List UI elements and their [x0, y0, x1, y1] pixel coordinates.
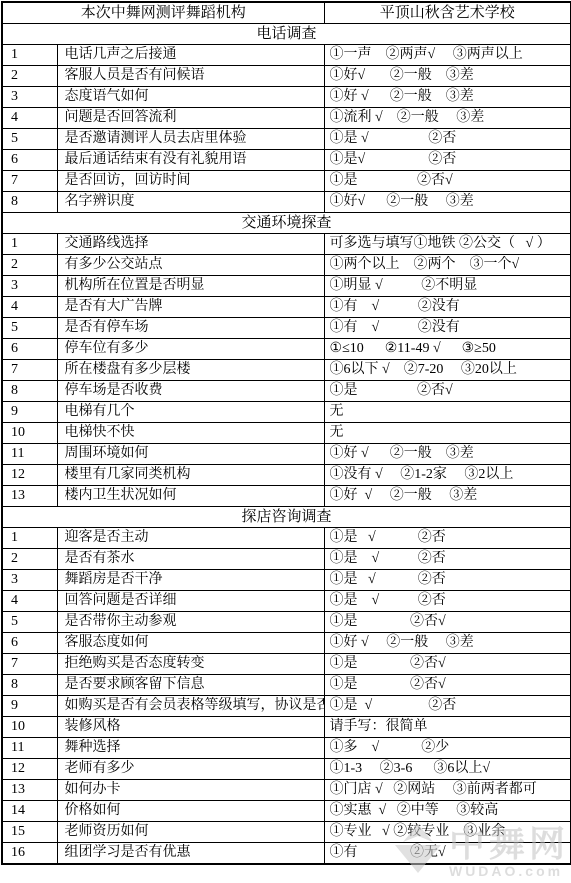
row-number: 7 — [2, 171, 57, 192]
answer-cell: ①门店 √ ②网站 ③前两者都可 — [324, 780, 571, 801]
section-title: 交通环境探查 — [2, 213, 571, 234]
row-number: 5 — [2, 318, 57, 339]
table-row: 8停车场是否收费①是 ②否√ — [2, 381, 571, 402]
question-cell: 周围环境如何 — [57, 444, 324, 465]
answer-cell: ①明显 √ ②不明显 — [324, 276, 571, 297]
row-number: 9 — [2, 402, 57, 423]
answer-cell: ①是 ②否√ — [324, 675, 571, 696]
question-cell: 最后通话结束有没有礼貌用语 — [57, 150, 324, 171]
question-cell: 停车场是否收费 — [57, 381, 324, 402]
question-cell: 名字辨识度 — [57, 192, 324, 213]
question-cell: 有多少公交站点 — [57, 255, 324, 276]
answer-cell: ①没有 √ ②1-2家 ③2以上 — [324, 465, 571, 486]
row-number: 1 — [2, 528, 57, 549]
table-title-left: 本次中舞网测评舞蹈机构 — [2, 2, 324, 24]
answer-cell: ①6以下 √ ②7-20 ③20以上 — [324, 360, 571, 381]
question-cell: 装修风格 — [57, 717, 324, 738]
row-number: 7 — [2, 360, 57, 381]
table-row: 2有多少公交站点①两个以上 ②两个 ③一个√ — [2, 255, 571, 276]
answer-cell: ①是 √ ②否 — [324, 549, 571, 570]
row-number: 12 — [2, 465, 57, 486]
answer-cell: ①是 √ ②否 — [324, 591, 571, 612]
answer-cell: ①专业 √ ②较专业 ③业余 — [324, 822, 571, 843]
row-number: 2 — [2, 549, 57, 570]
question-cell: 是否有停车场 — [57, 318, 324, 339]
table-row: 8是否要求顾客留下信息①是 ②否√ — [2, 675, 571, 696]
table-row: 11舞种选择①多 √ ②少 — [2, 738, 571, 759]
row-number: 6 — [2, 150, 57, 171]
row-number: 8 — [2, 381, 57, 402]
question-cell: 电话几声之后接通 — [57, 45, 324, 66]
question-cell: 组团学习是否有优惠 — [57, 843, 324, 865]
question-cell: 是否有茶水 — [57, 549, 324, 570]
row-number: 9 — [2, 696, 57, 717]
table-row: 1迎客是否主动①是 √ ②否 — [2, 528, 571, 549]
table-row: 2是否有茶水①是 √ ②否 — [2, 549, 571, 570]
table-row: 12楼里有几家同类机构①没有 √ ②1-2家 ③2以上 — [2, 465, 571, 486]
table-row: 10电梯快不快无 — [2, 423, 571, 444]
row-number: 7 — [2, 654, 57, 675]
table-row: 11周围环境如何①好 √ ②一般 ③差 — [2, 444, 571, 465]
answer-cell: ①是 √ ②否 — [324, 129, 571, 150]
question-cell: 电梯有几个 — [57, 402, 324, 423]
answer-cell: ①好√ ②一般 ③差 — [324, 66, 571, 87]
row-number: 2 — [2, 255, 57, 276]
question-cell: 回答问题是否详细 — [57, 591, 324, 612]
table-row: 1交通路线选择可多选与填写①地铁 ②公交（ √ ） — [2, 234, 571, 255]
table-title-right: 平顶山秋含艺术学校 — [324, 2, 571, 24]
answer-cell: ①1-3 ②3-6 ③6以上√ — [324, 759, 571, 780]
table-row: 6客服态度如何①好 √ ②一般 ③差 — [2, 633, 571, 654]
row-number: 4 — [2, 591, 57, 612]
row-number: 11 — [2, 738, 57, 759]
question-cell: 态度语气如何 — [57, 87, 324, 108]
section-row: 交通环境探查 — [2, 213, 571, 234]
row-number: 12 — [2, 759, 57, 780]
table-row: 14价格如何①实惠 √ ②中等 ③较高 — [2, 801, 571, 822]
table-row: 3态度语气如何①好 √ ②一般 ③差 — [2, 87, 571, 108]
row-number: 1 — [2, 45, 57, 66]
answer-cell: ①好√ ②一般 ③差 — [324, 192, 571, 213]
section-title: 电话调查 — [2, 24, 571, 45]
question-cell: 迎客是否主动 — [57, 528, 324, 549]
question-cell: 客服人员是否有问候语 — [57, 66, 324, 87]
table-row: 15老师资历如何①专业 √ ②较专业 ③业余 — [2, 822, 571, 843]
row-number: 2 — [2, 66, 57, 87]
table-row: 3舞蹈房是否干净①是 √ ②否 — [2, 570, 571, 591]
row-number: 6 — [2, 633, 57, 654]
answer-cell: ①好 √ ②一般 ③差 — [324, 486, 571, 507]
row-number: 16 — [2, 843, 57, 865]
question-cell: 老师资历如何 — [57, 822, 324, 843]
answer-cell: ①实惠 √ ②中等 ③较高 — [324, 801, 571, 822]
table-row: 9电梯有几个无 — [2, 402, 571, 423]
question-cell: 楼里有几家同类机构 — [57, 465, 324, 486]
row-number: 4 — [2, 108, 57, 129]
table-row: 16组团学习是否有优惠①有 ②无√ — [2, 843, 571, 865]
question-cell: 是否邀请测评人员去店里体验 — [57, 129, 324, 150]
table-row: 6停车位有多少①≤10 ②11-49 √ ③≥50 — [2, 339, 571, 360]
question-cell: 机构所在位置是否明显 — [57, 276, 324, 297]
row-number: 5 — [2, 129, 57, 150]
table-row: 7是否回访，回访时间①是 ②否√ — [2, 171, 571, 192]
table-row: 7拒绝购买是否态度转变①是 ②否√ — [2, 654, 571, 675]
survey-table: 本次中舞网测评舞蹈机构 平顶山秋含艺术学校 电话调查1电话几声之后接通①一声 ②… — [1, 1, 571, 865]
question-cell: 问题是否回答流利 — [57, 108, 324, 129]
table-row: 3机构所在位置是否明显①明显 √ ②不明显 — [2, 276, 571, 297]
question-cell: 老师有多少 — [57, 759, 324, 780]
answer-cell: ①是√ ②否 — [324, 150, 571, 171]
answer-cell: ①多 √ ②少 — [324, 738, 571, 759]
table-row: 10装修风格请手写：很简单 — [2, 717, 571, 738]
question-cell: 电梯快不快 — [57, 423, 324, 444]
answer-cell: ①好 √ ②一般 ③差 — [324, 87, 571, 108]
question-cell: 是否回访，回访时间 — [57, 171, 324, 192]
table-row: 13如何办卡①门店 √ ②网站 ③前两者都可 — [2, 780, 571, 801]
row-number: 3 — [2, 276, 57, 297]
answer-cell: 请手写：很简单 — [324, 717, 571, 738]
table-row: 2客服人员是否有问候语①好√ ②一般 ③差 — [2, 66, 571, 87]
row-number: 4 — [2, 297, 57, 318]
table-row: 4回答问题是否详细①是 √ ②否 — [2, 591, 571, 612]
answer-cell: ①是 ②否√ — [324, 171, 571, 192]
document: { "header": { "left": "本次中舞网测评舞蹈机构", "ri… — [0, 0, 571, 883]
answer-cell: ①两个以上 ②两个 ③一个√ — [324, 255, 571, 276]
answer-cell: ①有 √ ②没有 — [324, 318, 571, 339]
question-cell: 交通路线选择 — [57, 234, 324, 255]
question-cell: 拒绝购买是否态度转变 — [57, 654, 324, 675]
row-number: 14 — [2, 801, 57, 822]
table-row: 5是否有停车场①有 √ ②没有 — [2, 318, 571, 339]
answer-cell: ①是 ②否√ — [324, 381, 571, 402]
table-row: 4是否有大广告牌①有 √ ②没有 — [2, 297, 571, 318]
answer-cell: 无 — [324, 423, 571, 444]
row-number: 3 — [2, 87, 57, 108]
table-row: 8名字辨识度①好√ ②一般 ③差 — [2, 192, 571, 213]
row-number: 6 — [2, 339, 57, 360]
answer-cell: ①是 √ ②否 — [324, 528, 571, 549]
answer-cell: ①一声 ②两声√ ③两声以上 — [324, 45, 571, 66]
row-number: 8 — [2, 675, 57, 696]
answer-cell: ①流利 √ ②一般 ③差 — [324, 108, 571, 129]
row-number: 3 — [2, 570, 57, 591]
table-row: 6最后通话结束有没有礼貌用语①是√ ②否 — [2, 150, 571, 171]
answer-cell: ①好 √ ②一般 ③差 — [324, 633, 571, 654]
answer-cell: ①≤10 ②11-49 √ ③≥50 — [324, 339, 571, 360]
table-row: 5是否带你主动参观①是 ②否√ — [2, 612, 571, 633]
question-cell: 舞种选择 — [57, 738, 324, 759]
section-title: 探店咨询调查 — [2, 507, 571, 528]
row-number: 13 — [2, 486, 57, 507]
row-number: 15 — [2, 822, 57, 843]
table-row: 4问题是否回答流利①流利 √ ②一般 ③差 — [2, 108, 571, 129]
question-cell: 如何办卡 — [57, 780, 324, 801]
question-cell: 舞蹈房是否干净 — [57, 570, 324, 591]
row-number: 11 — [2, 444, 57, 465]
row-number: 1 — [2, 234, 57, 255]
row-number: 10 — [2, 423, 57, 444]
table-row: 7所在楼盘有多少层楼①6以下 √ ②7-20 ③20以上 — [2, 360, 571, 381]
answer-cell: ①是 √ ②否 — [324, 570, 571, 591]
row-number: 13 — [2, 780, 57, 801]
row-number: 5 — [2, 612, 57, 633]
question-cell: 楼内卫生状况如何 — [57, 486, 324, 507]
row-number: 8 — [2, 192, 57, 213]
answer-cell: ①有 ②无√ — [324, 843, 571, 865]
table-row: 12老师有多少①1-3 ②3-6 ③6以上√ — [2, 759, 571, 780]
table-row: 13楼内卫生状况如何①好 √ ②一般 ③差 — [2, 486, 571, 507]
question-cell: 是否带你主动参观 — [57, 612, 324, 633]
answer-cell: ①是 ②否√ — [324, 654, 571, 675]
question-cell: 是否要求顾客留下信息 — [57, 675, 324, 696]
answer-cell: ①是 ②否√ — [324, 612, 571, 633]
question-cell: 停车位有多少 — [57, 339, 324, 360]
table-row: 1电话几声之后接通①一声 ②两声√ ③两声以上 — [2, 45, 571, 66]
section-row: 电话调查 — [2, 24, 571, 45]
header-row: 本次中舞网测评舞蹈机构 平顶山秋含艺术学校 — [2, 2, 571, 24]
answer-cell: ①好 √ ②一般 ③差 — [324, 444, 571, 465]
answer-cell: 无 — [324, 402, 571, 423]
section-row: 探店咨询调查 — [2, 507, 571, 528]
table-row: 5是否邀请测评人员去店里体验①是 √ ②否 — [2, 129, 571, 150]
question-cell: 是否有大广告牌 — [57, 297, 324, 318]
answer-cell: ①有 √ ②没有 — [324, 297, 571, 318]
question-cell: 客服态度如何 — [57, 633, 324, 654]
question-cell: 所在楼盘有多少层楼 — [57, 360, 324, 381]
answer-cell: ①是 √ ②否 — [324, 696, 571, 717]
table-row: 9如购买是否有会员表格等级填写，协议是否详细①是 √ ②否 — [2, 696, 571, 717]
question-cell: 价格如何 — [57, 801, 324, 822]
question-cell: 如购买是否有会员表格等级填写，协议是否详细 — [57, 696, 324, 717]
row-number: 10 — [2, 717, 57, 738]
answer-cell: 可多选与填写①地铁 ②公交（ √ ） — [324, 234, 571, 255]
